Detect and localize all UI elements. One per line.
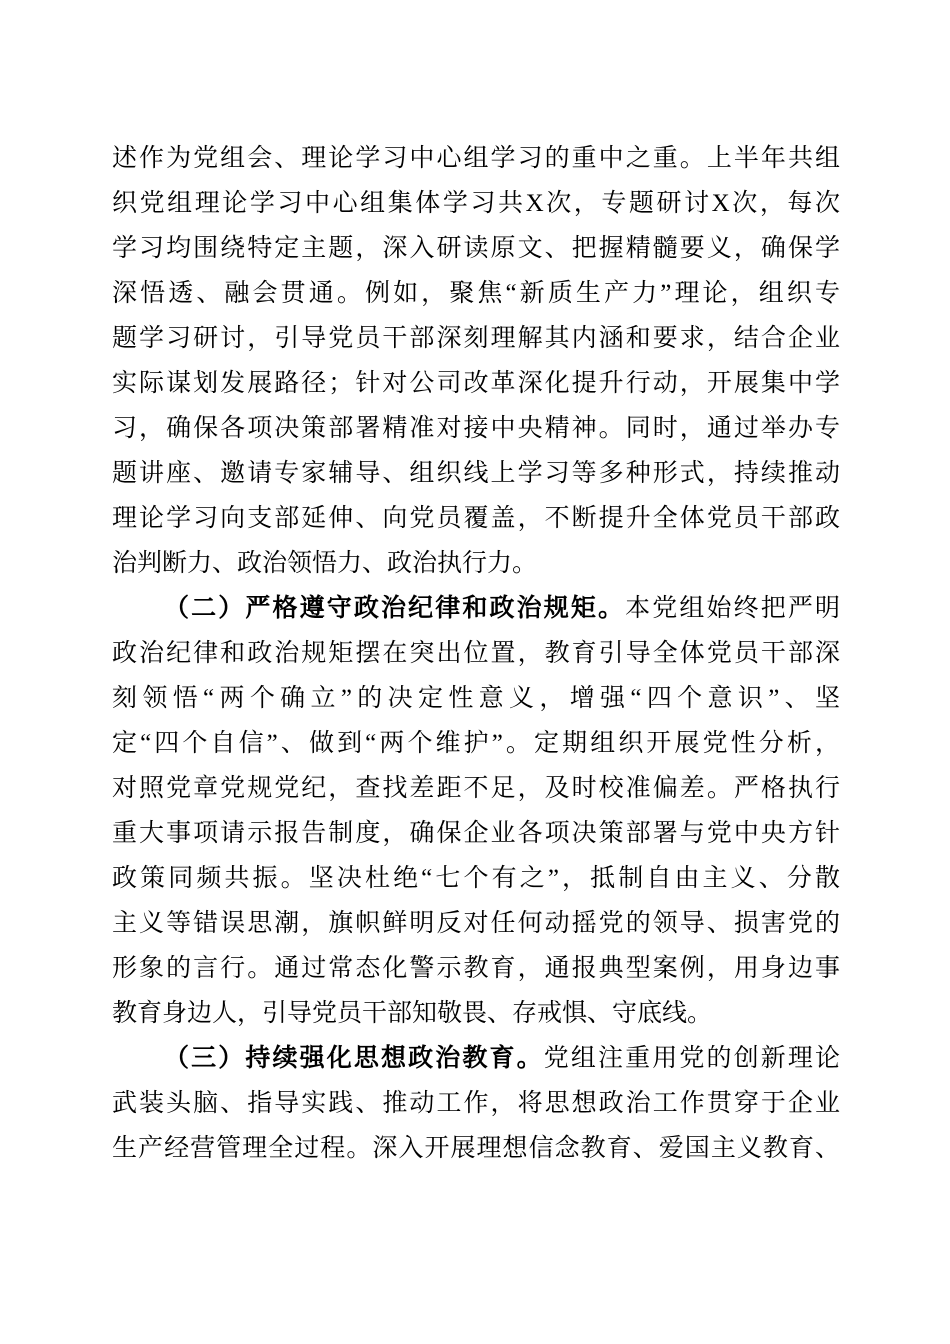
text-line: 武装头脑、指导实践、推动工作，将思想政治工作贯穿于企业 <box>112 1081 840 1126</box>
text-line: 政治纪律和政治规矩摆在突出位置，教育引导全体党员干部深 <box>112 631 840 676</box>
text-line: 形象的言行。通过常态化警示教育，通报典型案例，用身边事 <box>112 946 840 991</box>
text-segment: 理论学习向支部延伸、向党员覆盖，不断提升全体党员干部政 <box>112 505 840 532</box>
text-segment: 本党组始终把严明 <box>625 595 840 622</box>
text-line: 刻领悟“两个确立”的决定性意义，增强“四个意识”、坚 <box>112 676 840 721</box>
text-segment: 织党组理论学习中心组集体学习共X次，专题研讨X次，每次 <box>112 190 840 217</box>
text-segment: 形象的言行。通过常态化警示教育，通报典型案例，用身边事 <box>112 955 840 982</box>
text-line: 题讲座、邀请专家辅导、组织线上学习等多种形式，持续推动 <box>112 451 840 496</box>
section-heading: （三）持续强化思想政治教育。 <box>164 1045 544 1072</box>
text-line: 述作为党组会、理论学习中心组学习的重中之重。上半年共组 <box>112 136 840 181</box>
text-segment: 重大事项请示报告制度，确保企业各项决策部署与党中央方针 <box>112 820 840 847</box>
text-segment: 定“四个自信”、做到“两个维护”。定期组织开展党性分析， <box>112 730 840 757</box>
text-line: 题学习研讨，引导党员干部深刻理解其内涵和要求，结合企业 <box>112 316 840 361</box>
text-segment: 生产经营管理全过程。深入开展理想信念教育、爱国主义教育、 <box>112 1135 840 1162</box>
text-segment: 深悟透、融会贯通。例如，聚焦“新质生产力”理论，组织专 <box>112 280 840 307</box>
document-page: 述作为党组会、理论学习中心组学习的重中之重。上半年共组织党组理论学习中心组集体学… <box>0 0 950 1344</box>
text-segment: 题学习研讨，引导党员干部深刻理解其内涵和要求，结合企业 <box>112 325 840 352</box>
text-line: 生产经营管理全过程。深入开展理想信念教育、爱国主义教育、 <box>112 1126 840 1171</box>
text-line: 实际谋划发展路径；针对公司改革深化提升行动，开展集中学 <box>112 361 840 406</box>
text-line: 定“四个自信”、做到“两个维护”。定期组织开展党性分析， <box>112 721 840 766</box>
text-segment: 教育身边人，引导党员干部知敬畏、存戒惧、守底线。 <box>112 1000 712 1027</box>
text-segment: 实际谋划发展路径；针对公司改革深化提升行动，开展集中学 <box>112 370 840 397</box>
text-line: 重大事项请示报告制度，确保企业各项决策部署与党中央方针 <box>112 811 840 856</box>
text-line: 教育身边人，引导党员干部知敬畏、存戒惧、守底线。 <box>112 991 840 1036</box>
section-heading: （二）严格遵守政治纪律和政治规矩。 <box>164 595 625 622</box>
text-segment: 武装头脑、指导实践、推动工作，将思想政治工作贯穿于企业 <box>112 1090 840 1117</box>
text-segment: 题讲座、邀请专家辅导、组织线上学习等多种形式，持续推动 <box>112 460 840 487</box>
text-segment: 学习均围绕特定主题，深入研读原文、把握精髓要义，确保学 <box>112 235 840 262</box>
document-body: 述作为党组会、理论学习中心组学习的重中之重。上半年共组织党组理论学习中心组集体学… <box>112 136 840 1171</box>
text-segment: 党组注重用党的创新理论 <box>544 1045 840 1072</box>
text-line: 政策同频共振。坚决杜绝“七个有之”，抵制自由主义、分散 <box>112 856 840 901</box>
text-segment: 述作为党组会、理论学习中心组学习的重中之重。上半年共组 <box>112 145 840 172</box>
text-line: 深悟透、融会贯通。例如，聚焦“新质生产力”理论，组织专 <box>112 271 840 316</box>
text-line: 学习均围绕特定主题，深入研读原文、把握精髓要义，确保学 <box>112 226 840 271</box>
text-line: （二）严格遵守政治纪律和政治规矩。本党组始终把严明 <box>112 586 840 631</box>
text-line: 主义等错误思潮，旗帜鲜明反对任何动摇党的领导、损害党的 <box>112 901 840 946</box>
text-segment: 习，确保各项决策部署精准对接中央精神。同时，通过举办专 <box>112 415 840 442</box>
text-line: 织党组理论学习中心组集体学习共X次，专题研讨X次，每次 <box>112 181 840 226</box>
text-segment: 政策同频共振。坚决杜绝“七个有之”，抵制自由主义、分散 <box>112 865 840 892</box>
text-line: 习，确保各项决策部署精准对接中央精神。同时，通过举办专 <box>112 406 840 451</box>
text-line: 治判断力、政治领悟力、政治执行力。 <box>112 541 840 586</box>
text-segment: 治判断力、政治领悟力、政治执行力。 <box>112 550 537 577</box>
text-segment: 对照党章党规党纪，查找差距不足，及时校准偏差。严格执行 <box>112 775 840 802</box>
text-segment: 政治纪律和政治规矩摆在突出位置，教育引导全体党员干部深 <box>112 640 840 667</box>
text-line: （三）持续强化思想政治教育。党组注重用党的创新理论 <box>112 1036 840 1081</box>
text-segment: 刻领悟“两个确立”的决定性意义，增强“四个意识”、坚 <box>112 685 840 712</box>
text-line: 对照党章党规党纪，查找差距不足，及时校准偏差。严格执行 <box>112 766 840 811</box>
text-line: 理论学习向支部延伸、向党员覆盖，不断提升全体党员干部政 <box>112 496 840 541</box>
text-segment: 主义等错误思潮，旗帜鲜明反对任何动摇党的领导、损害党的 <box>112 910 840 937</box>
